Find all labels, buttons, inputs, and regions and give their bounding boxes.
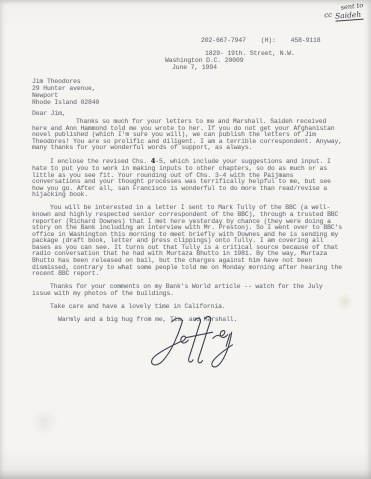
handwritten-cc-note: cc sent to Saideh: [323, 2, 364, 23]
body-paragraph-2: I enclose the revised Chs. 4-5, which in…: [32, 158, 344, 199]
letter-body: Thanks so much for your letters to me an…: [32, 119, 344, 330]
recipient-city: Newport: [32, 92, 99, 99]
sender-phone-line: 202-667-7947 (H): 458-9118: [201, 38, 321, 45]
recipient-name: Jim Theodores: [32, 78, 99, 85]
recipient-street: 29 Hunter avenue,: [32, 85, 99, 92]
closing-line-1: Take care and have a lovely time in Cali…: [32, 304, 344, 311]
body-paragraph-1: Thanks so much for your letters to me an…: [32, 119, 344, 152]
cc-note-prefix: cc: [323, 11, 332, 23]
letter-date: June 7, 1994: [172, 65, 217, 72]
cc-note-stack: sent to Saideh: [334, 2, 364, 22]
signature-icon: [140, 314, 235, 374]
recipient-address-block: Jim Theodores 29 Hunter avenue, Newport …: [32, 78, 99, 106]
body-paragraph-3: You will be interested in a letter I sen…: [32, 205, 344, 278]
body-paragraph-4: Thanks for your comments on my Bank's Wo…: [32, 284, 344, 297]
paragraph2-text-post: -5, which include your suggestions and i…: [32, 158, 331, 198]
salutation: Dear Jim,: [32, 111, 66, 118]
scanned-letter-page: cc sent to Saideh 202-667-7947 (H): 458-…: [0, 0, 371, 479]
recipient-state-zip: Rhode Island 02840: [32, 99, 99, 106]
signature-jeffrey: [140, 314, 235, 374]
cc-note-name: Saideh: [334, 10, 363, 22]
